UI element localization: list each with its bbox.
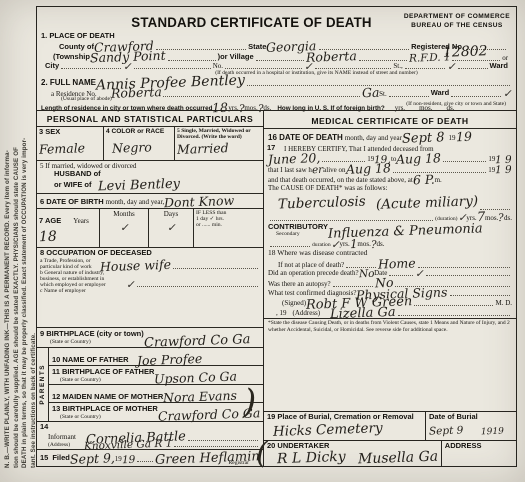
residence-length-ds-value: ? (258, 104, 264, 115)
residence-value: Roberta (110, 86, 161, 100)
pen-flourish: ( (256, 436, 268, 471)
nonresident-note: (If non-resident, give city or town and … (37, 101, 516, 107)
operation-date-value: ✓ (415, 268, 424, 279)
attended-to-value: Aug 18 (396, 152, 441, 166)
dotted-line (426, 273, 510, 276)
undertaker-cell: 20 UNDERTAKER R L Dicky Musella Ga (264, 441, 442, 466)
filed-year-label: 19 (115, 455, 122, 463)
disease-contracted-value: Home (378, 257, 416, 271)
filed-num: 15 (40, 454, 48, 463)
burial-date-label: Date of Burial (429, 413, 513, 422)
personal-header: PERSONAL AND STATISTICAL PARTICULARS (37, 111, 263, 126)
dotted-line (443, 159, 486, 162)
year-19-label: , 19 (276, 309, 287, 317)
undertaker-address-label: ADDRESS (445, 442, 513, 451)
marital-value: Married (177, 142, 229, 156)
sex-label: 3 SEX (39, 128, 101, 137)
city-mark: ✓ (123, 62, 132, 73)
marital-cell: 5 Single, Married, Widowed or Divorced. … (175, 127, 263, 160)
age-less-label-3: or ...... min. (196, 222, 261, 228)
occupation-b-value: ✓ (126, 279, 135, 290)
hospital-note: (If death occurred in a hospital or inst… (41, 70, 512, 76)
death-occurred-label: and that death occurred, on the date sta… (268, 176, 413, 184)
no-mark: ✓ (304, 62, 313, 73)
last-saw-label: that I last saw h (268, 166, 312, 174)
age-days-cell: Days ✓ (149, 209, 194, 247)
mother-name-row: 12 MAIDEN NAME OF MOTHER Nora Evans (49, 384, 263, 403)
filed-year-value: 19 (122, 454, 136, 465)
dotted-line (188, 438, 258, 441)
filed-row: 15 Filed Sept 9, 19 19 Green Heflamin Re… (37, 449, 263, 466)
death-time-row: and that death occurred, on the date sta… (268, 174, 512, 185)
question-18-block: 18 Where was disease contracted If not a… (264, 248, 516, 318)
address-row: , 19 (Address) Lizella Ga (268, 307, 512, 317)
mother-birthplace-row: 13 BIRTHPLACE OF MOTHER (State or Countr… (49, 402, 263, 421)
mother-birthplace-sub: (State or Country) (52, 414, 158, 420)
m-label: m. (435, 176, 442, 184)
dotted-line (458, 66, 488, 69)
parents-label: PARENTS (39, 364, 46, 405)
date-of-death-year-label: 19 (449, 134, 456, 142)
dotted-line (315, 66, 392, 69)
father-name-row: 10 NAME OF FATHER Joe Profee (49, 348, 263, 366)
burial-place-value: Hicks Cemetery (273, 422, 383, 439)
color-cell: 4 COLOR or RACE Negro (104, 127, 175, 160)
father-birthplace-label: 11 BIRTHPLACE OF FATHER (52, 368, 154, 377)
burial-place-cell: 19 Place of Burial, Cremation or Removal… (264, 412, 426, 441)
birthplace-label: 9 BIRTHPLACE (city or town) (40, 330, 144, 339)
contrib-duration-ds-value: ? (371, 240, 377, 251)
dotted-line (389, 273, 413, 276)
dotted-line (61, 66, 121, 69)
dotted-line (270, 218, 433, 221)
contrib-duration-mos-value: 1 (350, 238, 358, 250)
birthplace-row: 9 BIRTHPLACE (city or town) (State or Co… (37, 327, 263, 347)
duration-mos-label: mos. (485, 214, 498, 222)
dotted-line (168, 58, 216, 61)
informant-label: Informant (48, 433, 76, 441)
certificate-title: STANDARD CERTIFICATE OF DEATH (105, 14, 399, 30)
occupation-a-value: House wife (100, 258, 171, 273)
city-label: City (45, 62, 59, 71)
occupation-row: 8 OCCUPATION OF DECEASED a Trade, Profes… (37, 247, 263, 327)
dotted-line (405, 66, 445, 69)
burial-date-value: Sept 9 (429, 426, 464, 438)
dotted-line (156, 47, 246, 50)
mother-name-label: 12 MAIDEN NAME OF MOTHER (52, 393, 163, 402)
bureau-line: BUREAU OF THE CENSUS (404, 22, 510, 31)
sex-color-marital-row: 3 SEX Female 4 COLOR or RACE Negro 5 Sin… (37, 126, 263, 160)
date-of-death-sub: month, day and year (345, 134, 402, 142)
age-months-value: ✓ (119, 223, 128, 234)
ward-label: Ward (490, 62, 508, 71)
age-days-value: ✓ (166, 223, 175, 234)
informant-row: 14 Informant Cornelia Battle (Address) K… (37, 421, 263, 449)
dotted-line (393, 170, 487, 173)
village-value: Roberta (306, 50, 357, 64)
operation-value: No (358, 268, 374, 279)
certificate-form: STANDARD CERTIFICATE OF DEATH DEPARTMENT… (36, 6, 517, 467)
burial-year-value: 1919 (481, 428, 504, 438)
pen-flourish: ) (243, 382, 256, 422)
form-columns: PERSONAL AND STATISTICAL PARTICULARS 3 S… (37, 110, 516, 466)
dotted-line (450, 293, 510, 296)
not-at-place-label: If not at place of death? (278, 261, 344, 269)
spouse-value: Levi Bentley (97, 177, 179, 193)
dotted-line (414, 303, 493, 306)
contrib-mos-label: mos. (357, 240, 370, 248)
dob-label: 6 DATE OF BIRTH (40, 198, 104, 207)
dob-row: 6 DATE OF BIRTH month, day and year, Don… (37, 193, 263, 209)
dob-sub-label: month, day and year, (106, 198, 165, 206)
age-years-value: 18 (39, 230, 57, 245)
residence-ward-mark: ✓ (503, 89, 512, 100)
title-band: STANDARD CERTIFICATE OF DEATH DEPARTMENT… (37, 7, 516, 31)
filed-date-value: Sept 9, (70, 452, 115, 466)
age-years-label: Years (73, 217, 89, 225)
sex-cell: 3 SEX Female (37, 127, 104, 160)
parents-strip: PARENTS (37, 348, 49, 421)
date-of-death-row: 16 DATE OF DEATH month, day and year Sep… (264, 128, 516, 144)
residence-state-value: Ga (361, 87, 379, 100)
undertaker-value: R L Dicky (277, 450, 346, 466)
signed-label: (Signed) (282, 299, 306, 307)
age-row: 7 AGE Years 18 Months ✓ Days ✓ IF LESS t… (37, 208, 263, 247)
md-label: M. D. (495, 299, 512, 307)
dotted-line (174, 444, 258, 447)
duration-ds-value: ? (498, 213, 504, 224)
contrib-duration-yrs-value: ✓ (330, 240, 339, 251)
cause-intro-label: The CAUSE OF DEATH* was as follows: (268, 184, 512, 192)
physician-address-value: Lizella Ga (330, 306, 396, 321)
father-birthplace-row: 11 BIRTHPLACE OF FATHER (State or Countr… (49, 365, 263, 384)
duration-ds-label: ds. (504, 214, 512, 222)
birthplace-sub-label: (State or Country) (40, 339, 144, 345)
burial-row: 19 Place of Burial, Cremation or Removal… (264, 411, 516, 441)
state-label: State (248, 43, 266, 52)
department-block: DEPARTMENT OF COMMERCE BUREAU OF THE CEN… (404, 13, 510, 31)
cause-footnote: *State the disease Causing Death, or in … (264, 318, 516, 335)
mother-name-value: Nora Evans (163, 390, 237, 405)
filed-label: Filed (52, 454, 70, 463)
full-name-row: 2. FULL NAME Annis Profee Bentley (37, 76, 516, 87)
last-saw-date-value: Aug 18 (345, 163, 390, 177)
dotted-line (225, 66, 302, 69)
informant-address-label: (Address) (48, 442, 70, 448)
father-name-value: Joe Profee (136, 353, 202, 368)
dotted-line (137, 284, 258, 287)
contrib-yrs-label: yrs. (339, 240, 349, 248)
undertaker-address-value: Musella Ga (357, 450, 438, 467)
contributory-row: CONTRIBUTORY Secondary Influenza & Pneum… (264, 222, 516, 239)
place-of-death-section: 12802 1. PLACE OF DEATH County of Crawfo… (37, 31, 516, 76)
dotted-line (398, 313, 510, 316)
dotted-line (333, 284, 373, 287)
medical-header: MEDICAL CERTIFICATE OF DEATH (264, 111, 516, 128)
last-saw-gender-mark: er (312, 165, 324, 176)
occupation-c-label: c Name of employer (40, 288, 260, 294)
margin-note-line-2: tion should be carefully supplied. AGE s… (13, 23, 20, 468)
death-time-value: 6 P. (413, 173, 435, 186)
contrib-ds-label: ds. (376, 240, 384, 248)
age-months-label: Months (102, 210, 146, 218)
father-birthplace-sub: (State or Country) (52, 377, 154, 383)
contributory-label: CONTRIBUTORY (268, 223, 328, 232)
dob-value: Dont Know (164, 195, 235, 210)
color-value: Negro (112, 141, 152, 155)
full-name-label: 2. FULL NAME (41, 78, 96, 87)
parents-block: PARENTS 10 NAME OF FATHER Joe Profee 11 … (37, 347, 263, 421)
dotted-line (134, 66, 211, 69)
spouse-label-3: or WIFE of (40, 181, 92, 190)
cause-row: Tuberculosis (Acute miliary) (264, 193, 516, 211)
dotted-line (137, 459, 153, 462)
dotted-line (256, 58, 304, 61)
age-label: 7 AGE (39, 216, 61, 225)
date-of-death-year-value: 19 (455, 131, 471, 144)
village-rfd-value: R.F.D. 1 (408, 52, 450, 64)
age-less-cell: IF LESS than 1 day ✓ hrs. or ...... min. (194, 209, 263, 247)
margin-note-line-1: N. B.—WRITE PLAINLY, WITH UNFADING INK—T… (4, 23, 11, 468)
st-mark: ✓ (447, 62, 456, 73)
age-years-cell: 7 AGE Years 18 (37, 209, 100, 247)
sex-value: Female (39, 142, 86, 156)
age-days-label: Days (151, 210, 191, 218)
father-name-label: 10 NAME OF FATHER (52, 356, 129, 365)
marital-label-2: Divorced. (Write the word) (177, 134, 261, 140)
dotted-line (418, 265, 510, 268)
burial-date-cell: Date of Burial Sept 9 1919 (426, 412, 516, 441)
dotted-line (173, 266, 258, 269)
secondary-label: Secondary (268, 231, 328, 237)
cause-of-death-value: Tuberculosis (278, 196, 366, 213)
certify-block: 17 I HEREBY CERTIFY, That I attended dec… (264, 144, 516, 194)
registrar-label: Registrar (228, 460, 249, 466)
operation-label: Did an operation precede death? (268, 269, 359, 277)
mother-birthplace-label: 13 BIRTHPLACE OF MOTHER (52, 405, 158, 414)
parents-rows: 10 NAME OF FATHER Joe Profee 11 BIRTHPLA… (49, 348, 263, 421)
contributory-duration-row: duration ✓ yrs. 1 mos. ? ds. (264, 238, 516, 248)
birthplace-value: Crawford Co Ga (144, 333, 251, 350)
department-line: DEPARTMENT OF COMMERCE (404, 13, 510, 22)
dotted-line (359, 58, 407, 61)
autopsy-label: Was there an autopsy? (268, 280, 331, 288)
color-label: 4 COLOR or RACE (106, 128, 172, 136)
undertaker-address-cell: ADDRESS (442, 441, 516, 466)
residence-length-mos-value: ? (238, 104, 244, 115)
medical-column: MEDICAL CERTIFICATE OF DEATH 16 DATE OF … (264, 111, 516, 466)
spouse-row: 5 If married, widowed or divorced HUSBAN… (37, 160, 263, 193)
cause-duration-row: (duration) ✓ yrs. 7 mos. ? ds. (264, 211, 516, 222)
not-at-place-row: If not at place of death? Home (268, 258, 512, 269)
age-months-cell: Months ✓ (100, 209, 149, 247)
alive-on-label: alive on (323, 166, 345, 174)
saw-year-value: 1 9 (495, 165, 512, 176)
village-label: or Village (220, 53, 254, 62)
death-certificate-scan: N. B.—WRITE PLAINLY, WITH UNFADING INK—T… (0, 0, 525, 482)
date-of-death-label: 16 DATE OF DEATH (268, 133, 343, 142)
personal-column: PERSONAL AND STATISTICAL PARTICULARS 3 S… (37, 111, 264, 466)
margin-note-line-3: DEATH in plain terms, so that it may be … (21, 23, 28, 468)
dotted-line (270, 244, 310, 247)
residence-length-yrs-value: 18 (212, 101, 228, 114)
undertaker-row: 20 UNDERTAKER R L Dicky Musella Ga ADDRE… (264, 440, 516, 466)
burial-place-label: 19 Place of Burial, Cremation or Removal (267, 413, 422, 422)
